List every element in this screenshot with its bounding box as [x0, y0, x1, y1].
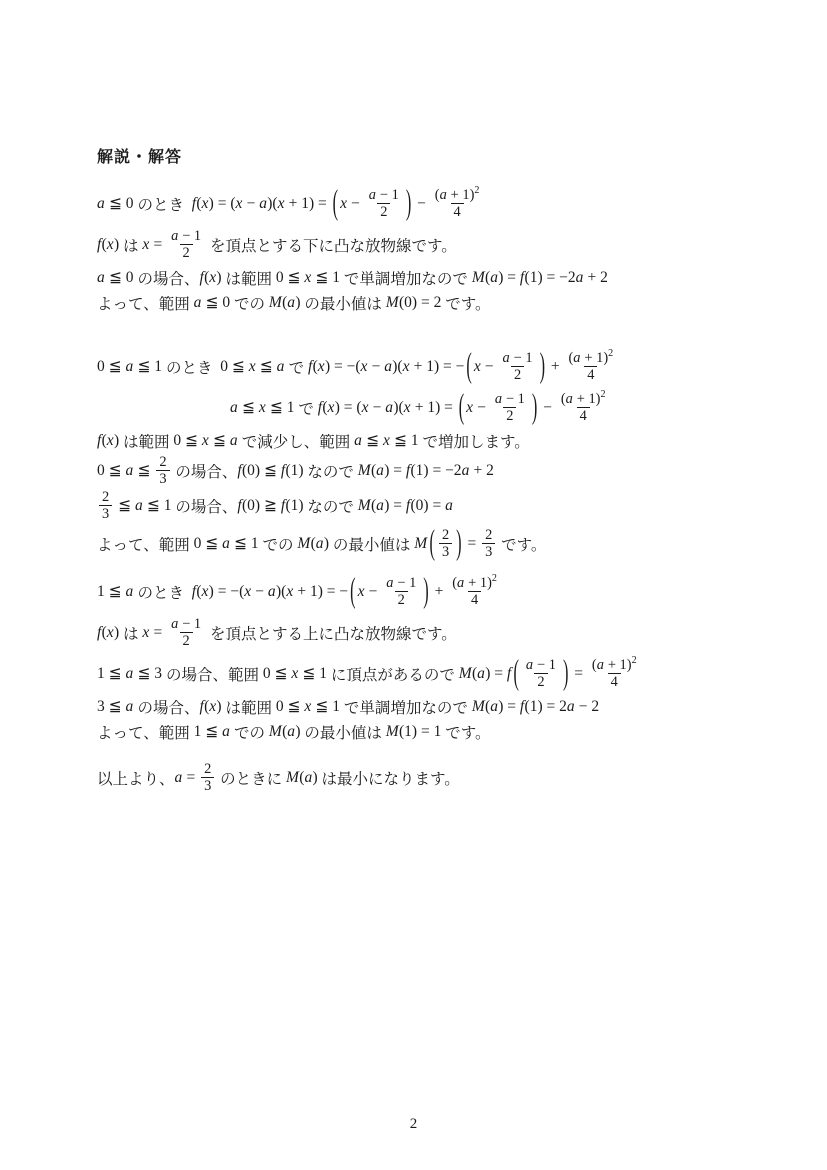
math-run: f(x) [97, 432, 123, 450]
math-run: + [547, 358, 564, 376]
fraction: a − 12 [168, 616, 204, 649]
text-run: での [234, 721, 265, 743]
text-run: は範囲 [123, 430, 170, 452]
fraction: 23 [482, 527, 495, 560]
text-run: のとき [137, 581, 184, 603]
math-run: M(a) [282, 769, 321, 787]
math-run: M(1) = 1 [382, 723, 445, 741]
fraction-numerator: a − 1 [168, 616, 204, 632]
fraction-denominator: 2 [180, 244, 193, 261]
fraction: a − 12 [366, 187, 402, 220]
fraction-numerator: 2 [482, 527, 495, 543]
formula-line: a ≦ x ≦ 1 で f(x) = (x − a)(x + 1) = (x −… [230, 387, 767, 428]
big-paren: ) [563, 656, 568, 691]
text-run: での [263, 533, 294, 555]
math-run: − [413, 195, 430, 213]
math-run: 0 ≦ x ≦ 1 [272, 268, 344, 287]
fraction-denominator: 3 [439, 543, 452, 560]
text-run: は [123, 234, 139, 256]
fraction: a − 12 [500, 350, 536, 383]
math-run: 0 ≦ x ≦ a [212, 357, 288, 376]
math-run: x − [340, 195, 364, 213]
fraction-denominator: 2 [180, 632, 193, 649]
fraction-denominator: 3 [201, 777, 214, 794]
fraction-denominator: 2 [377, 203, 390, 220]
fraction-denominator: 4 [577, 407, 590, 424]
formula-line: f(x) は x = a − 12 を頂点とする上に凸な放物線です。 [97, 612, 767, 653]
fraction: a − 12 [383, 575, 419, 608]
text-run: の最小値は [333, 533, 411, 555]
math-run: 0 ≦ a ≦ 1 [97, 357, 166, 376]
math-run: f(x) [199, 269, 225, 287]
fraction-numerator: a − 1 [492, 391, 528, 407]
fraction: 23 [99, 489, 112, 522]
fraction-denominator: 4 [468, 591, 481, 608]
fraction-numerator: a − 1 [383, 575, 419, 591]
big-paren: ) [532, 390, 537, 425]
text-run: 以上より、 [97, 767, 175, 789]
formula-line: a ≦ 0 のとき f(x) = (x − a)(x + 1) = (x − a… [97, 183, 767, 224]
formula-line: 0 ≦ a ≦ 1 のとき 0 ≦ x ≦ a で f(x) = −(x − a… [97, 346, 767, 387]
math-run: M(a) = f(1) = −2a + 2 [354, 462, 494, 480]
math-run: f(x) = (x − a)(x + 1) = [314, 399, 457, 417]
formula-line: 以上より、a = 23 のときに M(a) は最小になります。 [97, 760, 767, 795]
big-paren: ( [430, 526, 435, 561]
math-run: x = [139, 624, 167, 642]
text-run: の場合、 [137, 696, 199, 718]
formula-line: 0 ≦ a ≦ 23 の場合、f(0) ≦ f(1) なので M(a) = f(… [97, 453, 767, 488]
big-paren: ) [456, 526, 461, 561]
text-run: なので [307, 460, 354, 482]
math-run: + [431, 583, 448, 601]
math-run: 1 ≦ a [97, 582, 137, 601]
formula-line: f(x) は範囲 0 ≦ x ≦ a で減少し、範囲 a ≦ x ≦ 1 で増加… [97, 428, 767, 453]
fraction-denominator: 2 [534, 673, 547, 690]
fraction: 23 [156, 454, 169, 487]
formula-line: f(x) は x = a − 12 を頂点とする下に凸な放物線です。 [97, 224, 767, 265]
math-run: f(0) ≦ f(1) [237, 461, 307, 480]
math-run: 1 ≦ a ≦ 3 [97, 664, 166, 683]
fraction: a − 12 [168, 228, 204, 261]
big-paren: ) [540, 349, 545, 384]
text-run: で単調増加なので [344, 267, 468, 289]
fraction: a − 12 [492, 391, 528, 424]
math-run: f(x) = −(x − a)(x + 1) = − [184, 583, 348, 601]
big-paren: ( [333, 186, 338, 221]
fraction-numerator: 2 [201, 761, 214, 777]
big-paren: ( [514, 656, 519, 691]
fraction-denominator: 2 [395, 591, 408, 608]
text-run: を頂点とする下に凸な放物線です。 [206, 234, 457, 256]
fraction-numerator: (a + 1)2 [565, 350, 616, 366]
math-run: f(x) = −(x − a)(x + 1) = − [304, 358, 464, 376]
text-run: の場合、 [172, 460, 238, 482]
formula-line: よって、範囲 0 ≦ a ≦ 1 での M(a) の最小値は M(23) = 2… [97, 523, 767, 564]
fraction: 23 [439, 527, 452, 560]
text-run: は [123, 622, 139, 644]
formula-line: a ≦ 0 の場合、f(x) は範囲 0 ≦ x ≦ 1 で単調増加なので M(… [97, 265, 767, 290]
text-run: を頂点とする上に凸な放物線です。 [206, 622, 457, 644]
math-run: 0 ≦ a ≦ 1 [190, 534, 263, 553]
text-run: のときに [216, 767, 282, 789]
math-run: f(x) [199, 698, 225, 716]
big-paren: ( [350, 574, 355, 609]
math-run: 0 ≦ x ≦ 1 [272, 697, 344, 716]
fraction: (a + 1)24 [449, 575, 500, 608]
math-run: f(x) [97, 236, 123, 254]
text-run: で [298, 397, 314, 419]
math-run: M(a) = f(0) = a [354, 497, 453, 515]
text-run: で増加します。 [423, 430, 530, 452]
section-case-a-leq-0: a ≦ 0 のとき f(x) = (x − a)(x + 1) = (x − a… [97, 183, 767, 315]
fraction: (a + 1)24 [558, 391, 609, 424]
text-run: です。 [497, 533, 546, 555]
fraction: a − 12 [523, 657, 559, 690]
math-run: M(a) = f [455, 665, 512, 683]
text-run: のとき [166, 356, 213, 378]
math-run: − [539, 399, 556, 417]
math-run: x − [358, 583, 382, 601]
math-run: a ≦ 0 [190, 293, 234, 312]
fraction: (a + 1)24 [432, 187, 483, 220]
fraction: (a + 1)24 [565, 350, 616, 383]
math-run: 3 ≦ a [97, 697, 137, 716]
big-paren: ) [406, 186, 411, 221]
fraction-denominator: 4 [451, 203, 464, 220]
math-run: x − [466, 399, 490, 417]
fraction-numerator: (a + 1)2 [449, 575, 500, 591]
math-run: f(x) [97, 624, 123, 642]
math-run: a ≦ 0 [97, 268, 137, 287]
math-run: a ≦ x ≦ 1 [350, 431, 422, 450]
fraction-denominator: 2 [511, 366, 524, 383]
math-run: a ≦ x ≦ 1 [230, 398, 298, 417]
section-case-1-leq-a: 1 ≦ a のとき f(x) = −(x − a)(x + 1) = −(x −… [97, 571, 767, 744]
text-run: の場合、 [137, 267, 199, 289]
math-run: a ≦ 0 [97, 194, 137, 213]
section-case-0-leq-a-leq-1: 0 ≦ a ≦ 1 のとき 0 ≦ x ≦ a で f(x) = −(x − a… [97, 346, 767, 564]
math-run: M [410, 535, 427, 553]
fraction-denominator: 4 [608, 673, 621, 690]
fraction-numerator: a − 1 [523, 657, 559, 673]
math-run: M(a) = f(1) = −2a + 2 [468, 269, 608, 287]
fraction-numerator: (a + 1)2 [558, 391, 609, 407]
fraction-numerator: a − 1 [168, 228, 204, 244]
fraction-numerator: 2 [156, 454, 169, 470]
text-run: での [234, 292, 265, 314]
fraction-denominator: 3 [156, 470, 169, 487]
text-run: のとき [137, 193, 184, 215]
fraction-denominator: 2 [503, 407, 516, 424]
formula-line: 1 ≦ a のとき f(x) = −(x − a)(x + 1) = −(x −… [97, 571, 767, 612]
math-run: 0 ≦ x ≦ 1 [259, 664, 331, 683]
math-run: M(a) [294, 535, 333, 553]
text-run: の最小値は [304, 292, 382, 314]
text-run: なので [307, 495, 354, 517]
math-run: 1 ≦ a [190, 722, 234, 741]
text-run: で [289, 356, 305, 378]
document-page: 解説・解答 a ≦ 0 のとき f(x) = (x − a)(x + 1) = … [0, 0, 827, 1170]
math-run: M(a) [265, 723, 304, 741]
math-run: M(a) = f(1) = 2a − 2 [468, 698, 599, 716]
fraction-numerator: (a + 1)2 [432, 187, 483, 203]
math-run: 0 ≦ x ≦ a [170, 431, 242, 450]
fraction-numerator: a − 1 [500, 350, 536, 366]
math-run: x − [474, 358, 498, 376]
fraction-denominator: 3 [99, 505, 112, 522]
text-run: の場合、範囲 [166, 663, 259, 685]
page-number: 2 [0, 1116, 827, 1133]
formula-line: よって、範囲 a ≦ 0 での M(a) の最小値は M(0) = 2 です。 [97, 290, 767, 315]
page-title: 解説・解答 [97, 144, 182, 167]
text-run: に頂点があるので [331, 663, 455, 685]
section-conclusion: 以上より、a = 23 のときに M(a) は最小になります。 [97, 760, 767, 795]
math-run: f(0) ≧ f(1) [237, 496, 307, 515]
math-run: 0 ≦ a ≦ [97, 461, 154, 480]
text-run: で単調増加なので [344, 696, 468, 718]
fraction: (a + 1)24 [589, 657, 640, 690]
text-run: は範囲 [225, 267, 272, 289]
fraction-numerator: 2 [439, 527, 452, 543]
math-run: f(x) = (x − a)(x + 1) = [184, 195, 331, 213]
fraction-denominator: 3 [482, 543, 495, 560]
text-run: よって、範囲 [97, 721, 190, 743]
fraction-numerator: 2 [99, 489, 112, 505]
text-run: よって、範囲 [97, 292, 190, 314]
math-run: x = [139, 236, 167, 254]
text-run: は範囲 [225, 696, 272, 718]
fraction-numerator: (a + 1)2 [589, 657, 640, 673]
math-run: ≦ a ≦ 1 [114, 496, 175, 515]
text-run: です。 [445, 721, 490, 743]
text-run: よって、範囲 [97, 533, 190, 555]
math-run: M(0) = 2 [382, 294, 445, 312]
big-paren: ) [423, 574, 428, 609]
math-run: = [464, 535, 481, 553]
fraction: 23 [201, 761, 214, 794]
formula-line: よって、範囲 1 ≦ a での M(a) の最小値は M(1) = 1 です。 [97, 719, 767, 744]
text-run: の最小値は [304, 721, 382, 743]
fraction-numerator: a − 1 [366, 187, 402, 203]
text-run: の場合、 [175, 495, 237, 517]
math-run: = [570, 665, 587, 683]
text-run: です。 [445, 292, 490, 314]
math-run: a = [175, 769, 200, 787]
text-run: で減少し、範囲 [242, 430, 351, 452]
formula-line: 1 ≦ a ≦ 3 の場合、範囲 0 ≦ x ≦ 1 に頂点があるので M(a)… [97, 653, 767, 694]
formula-line: 3 ≦ a の場合、f(x) は範囲 0 ≦ x ≦ 1 で単調増加なので M(… [97, 694, 767, 719]
fraction-denominator: 4 [584, 366, 597, 383]
text-run: は最小になります。 [322, 767, 460, 789]
formula-line: 23 ≦ a ≦ 1 の場合、f(0) ≧ f(1) なので M(a) = f(… [97, 488, 767, 523]
math-run: M(a) [265, 294, 304, 312]
big-paren: ( [466, 349, 471, 384]
big-paren: ( [459, 390, 464, 425]
